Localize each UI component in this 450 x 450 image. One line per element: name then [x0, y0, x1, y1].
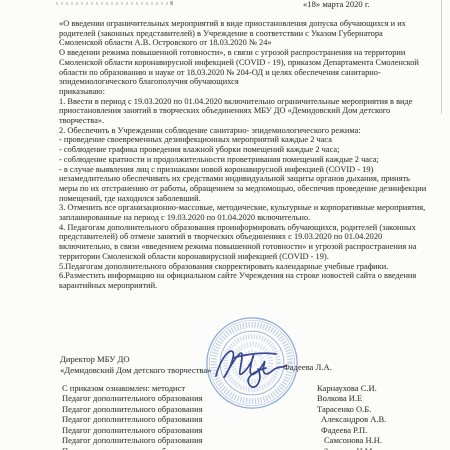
order-item-3: 3. Отменить все организационно-массовые,… [59, 203, 427, 222]
ack-name: Самсонова Н.Н. [317, 435, 386, 445]
ack-row: С приказом ознакомлен: методист [62, 383, 203, 393]
ack-position: Педагог дополнительного образования [62, 404, 203, 414]
order-item-1: 1. Ввести в период с 19.03.2020 по 01.04… [59, 97, 427, 126]
ack-name: Волкова И.Е [317, 393, 386, 403]
order-date: «18» марта 2020 г. [303, 0, 370, 9]
order-title-paragraph: «О введении ограничительных мероприятий … [59, 19, 427, 48]
ack-name: Александров А.В. [317, 414, 386, 424]
director-title: Директор МБУ ДО [60, 354, 211, 365]
acknowledgment-list: С приказом ознакомлен: методист Педагог … [62, 383, 203, 450]
order-item-2-sub-2: - соблюдение графика проведения влажной … [59, 145, 427, 155]
director-signature-block: Директор МБУ ДО «Демидовский Дом детског… [60, 354, 211, 376]
ack-position: методист [152, 383, 185, 393]
ack-intro: С приказом ознакомлен: [62, 383, 150, 393]
ack-position: Педагог дополнительного образования [62, 425, 203, 435]
order-body: «О введении ограничительных мероприятий … [59, 19, 427, 291]
director-organization: «Демидовский Дом детского творчества» [60, 365, 211, 376]
ack-name: Зинкина Н.М. [317, 446, 386, 450]
ack-position: Педагог дополнительного образования [62, 414, 203, 424]
director-name: Фадеева Л.А. [283, 362, 332, 372]
ack-name: Тарасенко О.Б. [317, 404, 386, 414]
order-item-6: 6.Разместить информацию на официальном с… [59, 271, 427, 290]
ack-position: Педагог дополнительного образования [62, 435, 203, 445]
order-preamble: О введении режима повышенной готовности»… [59, 48, 427, 87]
ack-position: Педагог дополнительного образования [62, 446, 203, 450]
order-item-2-sub-4: - в случае выявления лиц с признаками но… [59, 165, 427, 204]
ack-name: Карнаухова С.И. [317, 383, 386, 393]
order-word: приказываю: [59, 87, 427, 97]
order-item-2-sub-3: - соблюдение кратности и продолжительнос… [59, 155, 427, 165]
scan-artifact-faint-line [56, 2, 174, 5]
acknowledgment-names: Карнаухова С.И. Волкова И.Е Тарасенко О.… [317, 383, 386, 450]
order-item-2: 2. Обеспечить в Учреждении соблюдение са… [59, 126, 427, 136]
order-item-4: 4. Педагогам дополнительного образования… [59, 223, 427, 262]
ack-position: Педагог дополнительного образования [62, 393, 203, 403]
scan-artifact-dot [170, 1, 173, 5]
scanned-order-document: «18» марта 2020 г. «О введении ограничит… [0, 0, 450, 450]
order-item-2-sub-1: - проведение своевременных дезинфекционн… [59, 135, 427, 145]
order-item-5: 5.Педагогам дополнительного образования … [59, 262, 427, 272]
ack-name: Фадеева Р.П. [317, 425, 386, 435]
scan-artifact-edge-line [441, 0, 442, 114]
